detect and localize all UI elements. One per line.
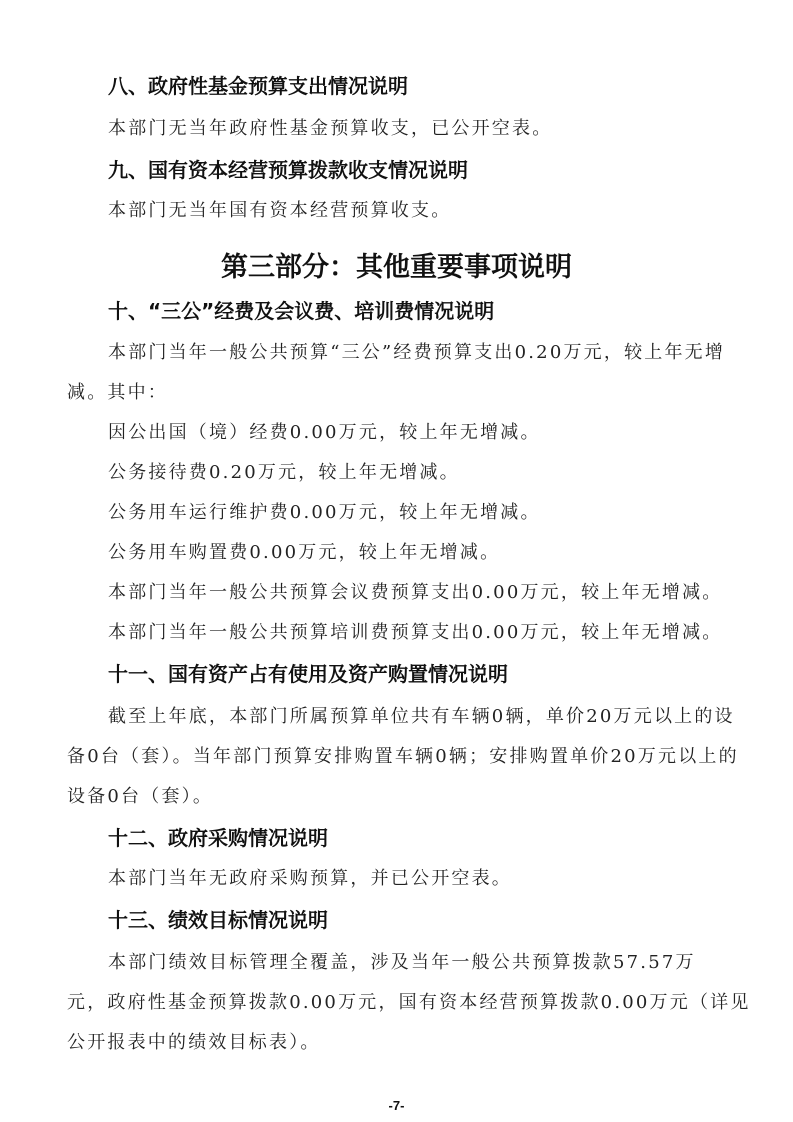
section-12-heading: 十二、政府采购情况说明 [108,822,328,851]
part-three-title: 第三部分：其他重要事项说明 [0,245,793,284]
section-8-body: 本部门无当年政府性基金预算收支，已公开空表。 [108,114,552,140]
section-13-heading: 十三、绩效目标情况说明 [108,904,328,933]
section-13-body-line-2: 元，政府性基金预算拨款0.00万元，国有资本经营预算拨款0.00万元（详见 [67,988,751,1014]
section-11-body-line-2: 备0台（套）。当年部门预算安排购置车辆0辆；安排购置单价20万元以上的 [67,742,739,768]
section-10-body-line-1: 本部门当年一般公共预算“三公”经费预算支出0.20万元，较上年无增 [108,338,725,364]
section-10-item: 本部门当年一般公共预算会议费预算支出0.00万元，较上年无增减。 [108,578,722,604]
page-number: -7- [0,1098,793,1113]
section-11-body-line-3: 设备0台（套）。 [67,782,213,808]
section-10-item: 公务接待费0.20万元，较上年无增减。 [108,458,460,484]
section-10-body-line-2: 减。其中： [67,378,168,404]
section-9-body: 本部门无当年国有资本经营预算收支。 [108,196,451,222]
section-10-heading: 十、“三公”经费及会议费、培训费情况说明 [108,295,494,324]
section-11-body-line-1: 截至上年底，本部门所属预算单位共有车辆0辆，单价20万元以上的设 [108,702,735,728]
section-9-heading: 九、国有资本经营预算拨款收支情况说明 [108,154,468,183]
section-13-body-line-1: 本部门绩效目标管理全覆盖，涉及当年一般公共预算拨款57.57万 [108,948,696,974]
section-13-body-line-3: 公开报表中的绩效目标表）。 [67,1028,321,1054]
section-10-item: 本部门当年一般公共预算培训费预算支出0.00万元，较上年无增减。 [108,618,722,644]
section-10-item: 公务用车购置费0.00万元，较上年无增减。 [108,538,500,564]
document-page: 八、政府性基金预算支出情况说明 本部门无当年政府性基金预算收支，已公开空表。 九… [0,0,793,1122]
section-10-item: 因公出国（境）经费0.00万元，较上年无增减。 [108,418,541,444]
section-8-heading: 八、政府性基金预算支出情况说明 [108,70,408,99]
section-10-item: 公务用车运行维护费0.00万元，较上年无增减。 [108,498,541,524]
section-12-body: 本部门当年无政府采购预算，并已公开空表。 [108,864,512,890]
section-11-heading: 十一、国有资产占有使用及资产购置情况说明 [108,658,508,687]
